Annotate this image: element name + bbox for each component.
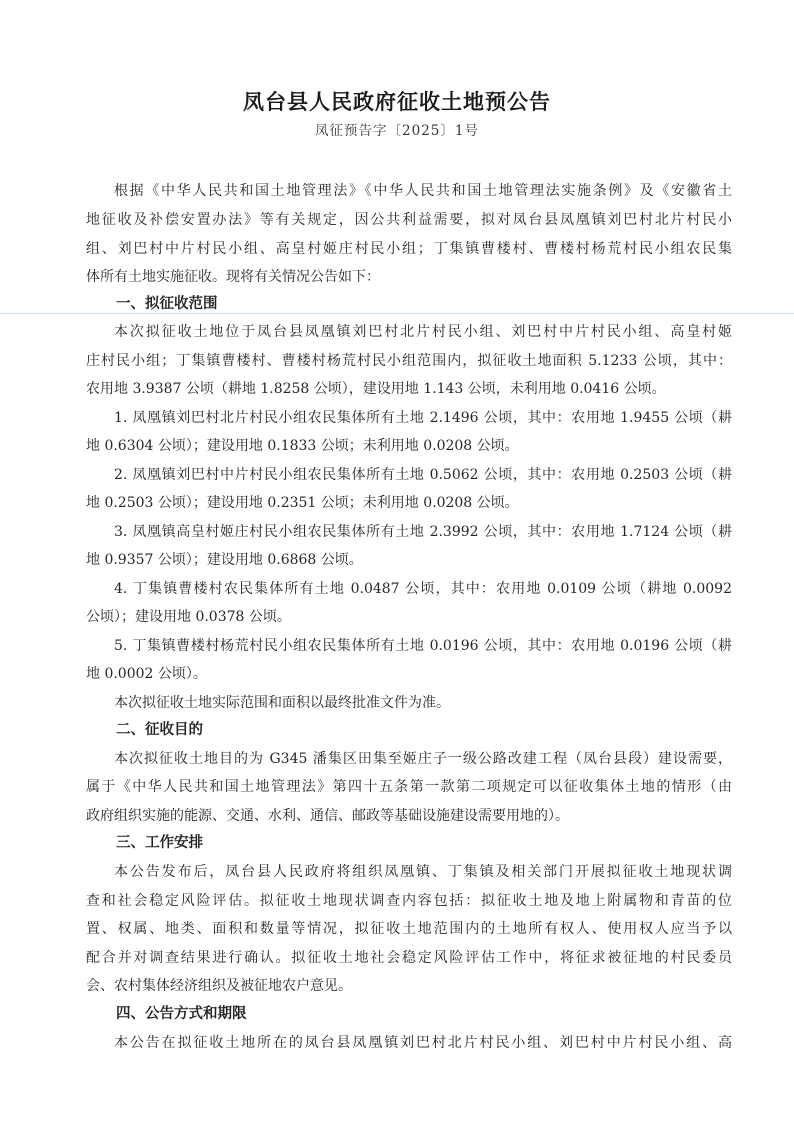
section-line: 会、农村集体经济组织及被征地农户意见。 xyxy=(86,976,732,996)
parcel-item-3: 3. 凤凰镇高皇村姬庄村民小组农民集体所有土地 2.3992 公顷，其中：农用地… xyxy=(114,522,732,542)
parcel-item-4: 4. 丁集镇曹楼村农民集体所有土地 0.0487 公顷，其中：农用地 0.010… xyxy=(114,579,732,599)
scope-note: 本次拟征收土地实际范围和面积以最终批准文件为准。 xyxy=(114,693,732,713)
parcel-item-4-cont: 公顷）；建设用地 0.0378 公顷。 xyxy=(86,607,732,627)
parcel-item-3-cont: 地 0.9357 公顷）；建设用地 0.6868 公顷。 xyxy=(86,550,732,570)
parcel-item-1-cont: 地 0.6304 公顷）；建设用地 0.1833 公顷；未利用地 0.0208 … xyxy=(86,436,732,456)
section-line: 本次拟征收土地目的为 G345 潘集区田集至姬庄子一级公路改建工程（凤台县段）建… xyxy=(114,749,732,769)
section-line: 农用地 3.9387 公顷（耕地 1.8258 公顷），建设用地 1.143 公… xyxy=(86,379,732,399)
section-heading-arrangement: 三、工作安排 xyxy=(116,833,203,853)
section-line: 本次拟征收土地位于凤台县凤凰镇刘巴村北片村民小组、刘巴村中片村民小组、高皇村姬 xyxy=(114,322,732,342)
section-heading-method-period: 四、公告方式和期限 xyxy=(116,1004,247,1024)
intro-line: 地征收及补偿安置办法》等有关规定，因公共利益需要，拟对凤台县凤凰镇刘巴村北片村民… xyxy=(86,210,732,230)
section-line: 政府组织实施的能源、交通、水利、通信、邮政等基础设施建设需要用地的）。 xyxy=(86,806,732,826)
section-line: 配合并对调查结果进行确认。拟征收土地社会稳定风险评估工作中，将征求被征地的村民委… xyxy=(86,948,732,968)
parcel-item-1: 1. 凤凰镇刘巴村北片村民小组农民集体所有土地 2.1496 公顷，其中：农用地… xyxy=(114,408,732,428)
section-line: 属于《中华人民共和国土地管理法》第四十五条第一款第二项规定可以征收集体土地的情形… xyxy=(86,777,732,797)
page-title: 凤台县人民政府征收土地预公告 xyxy=(0,86,794,116)
intro-line: 组、刘巴村中片村民小组、高皇村姬庄村民小组；丁集镇曹楼村、曹楼村杨荒村民小组农民… xyxy=(86,239,732,259)
intro-line: 根据《中华人民共和国土地管理法》《中华人民共和国土地管理法实施条例》及《安徽省土 xyxy=(114,181,732,201)
parcel-item-2-cont: 地 0.2503 公顷）；建设用地 0.2351 公顷；未利用地 0.0208 … xyxy=(86,493,732,513)
section-line: 本公告发布后，凤台县人民政府将组织凤凰镇、丁集镇及相关部门开展拟征收土地现状调 xyxy=(114,862,732,882)
intro-line: 体所有土地实施征收。现将有关情况公告如下： xyxy=(86,267,732,287)
parcel-item-5-cont: 地 0.0002 公顷）。 xyxy=(86,664,732,684)
section-line: 庄村民小组；丁集镇曹楼村、曹楼村杨荒村民小组范围内，拟征收土地面积 5.1233… xyxy=(86,351,732,371)
parcel-item-2: 2. 凤凰镇刘巴村中片村民小组农民集体所有土地 0.5062 公顷，其中：农用地… xyxy=(114,465,732,485)
parcel-item-5: 5. 丁集镇曹楼村杨荒村民小组农民集体所有土地 0.0196 公顷，其中：农用地… xyxy=(114,636,732,656)
section-heading-purpose: 二、征收目的 xyxy=(116,720,203,740)
section-heading-scope: 一、拟征收范围 xyxy=(116,294,218,314)
document-number: 凤征预告字〔2025〕1号 xyxy=(0,119,794,139)
section-line: 查和社会稳定风险评估。拟征收土地现状调查内容包括：拟征收土地及地上附属物和青苗的… xyxy=(86,891,732,911)
section-line: 本公告在拟征收土地所在的凤台县凤凰镇刘巴村北片村民小组、刘巴村中片村民小组、高 xyxy=(114,1033,732,1053)
section-line: 置、权属、地类、面积和数量等情况，拟征收土地范围内的土地所有权人、使用权人应当予… xyxy=(86,919,732,939)
